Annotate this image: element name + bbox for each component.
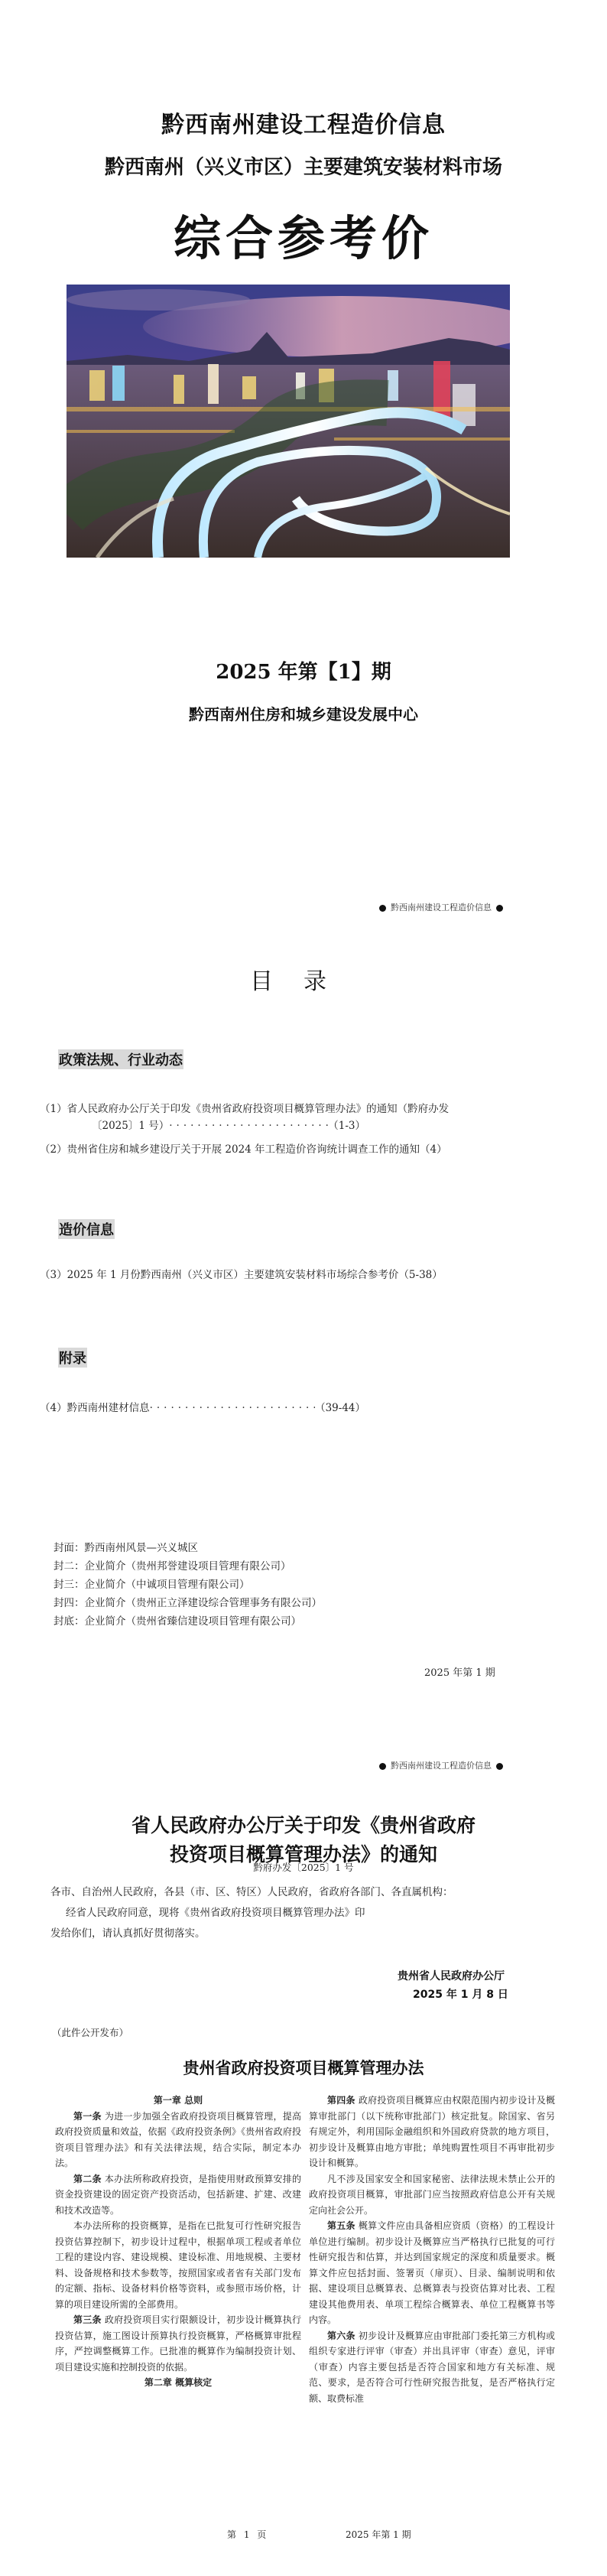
footer-issue: 2025 年第 1 期 [346,2528,411,2541]
toc-item-4[interactable]: （4）黔西南州建材信息 ····························… [40,1400,365,1416]
cover-note: 封三：企业简介（中诚项目管理有限公司） [54,1576,322,1594]
sign-date: 2025 年 1 月 8 日 [413,1986,508,2002]
footer-page-number: 第 1 页 [227,2528,268,2541]
cover-note: 封面：黔西南州风景—兴义城区 [54,1539,322,1557]
toc-item-2[interactable]: （2）贵州省住房和城乡建设厅关于开展 2024 年工程造价咨询统计调查工作的通知… [40,1141,365,1158]
signer: 贵州省人民政府办公厅 [398,1968,505,1983]
article-3: 第三条 政府投资项目实行限额设计，初步设计概算执行投资估算，施工图设计预算执行投… [55,2312,301,2375]
toc-page-ref: （39-44） [315,1400,365,1416]
running-header: 黔西南州建设工程造价信息 [375,901,508,913]
page-issue-label: 2025 年第 1 期 [424,1664,495,1679]
cover-issue-number: 2025 年第【1】期 [0,656,607,685]
toc-leader-dots: ········································… [169,1117,328,1134]
toc-item-3[interactable]: （3）2025 年 1 月份黔西南州（兴义市区）主要建筑安装材料市场综合参考价 … [40,1267,365,1283]
running-header: 黔西南州建设工程造价信息 [375,1759,508,1771]
article-4: 第四条 政府投资项目概算应由权限范围内初步设计及概算审批部门（以下统称审批部门）… [309,2093,555,2171]
toc-page-ref: （1-3） [328,1117,365,1134]
article-5: 第五条 概算文件应由具备相应资质（资格）的工程设计单位进行编制。初步设计及概算应… [309,2218,555,2328]
article-6: 第六条 初步设计及概算应由审批部门委托第三方机构或组织专家进行评审（审查）并出具… [309,2328,555,2407]
public-note: （此件公开发布） [52,2025,128,2039]
cover-note: 封四：企业简介（贵州正立泽建设综合管理事务有限公司） [54,1594,322,1612]
cover-organization: 黔西南州住房和城乡建设发展中心 [0,702,607,724]
regulation-title: 贵州省政府投资项目概算管理办法 [0,2056,607,2079]
covers-list: 封面：黔西南州风景—兴义城区 封二：企业简介（贵州邦誉建设项目管理有限公司） 封… [54,1539,322,1631]
bullet-icon [496,905,503,912]
toc-section-heading: 政策法规、行业动态 [58,1049,183,1069]
toc-section-heading: 附录 [58,1348,87,1368]
article-2: 第二条 本办法所称政府投资，是指使用财政预算安排的资金投资建设的固定资产投资活动… [55,2171,301,2219]
addressees: 各市、自治州人民政府，各县（市、区、特区）人民政府，省政府各部门、各直属机构： [50,1882,563,1903]
chapter-heading: 第一章 总则 [55,2093,301,2109]
notice-text: 经省人民政府同意，现将《贵州省政府投资项目概算管理办法》印发给你们，请认真抓好贯… [50,1903,372,1944]
bullet-icon [496,1763,503,1770]
notice-body: 各市、自治州人民政府，各县（市、区、特区）人民政府，省政府各部门、各直属机构： … [50,1882,563,1944]
article-2-para-2: 本办法所称的投资概算，是指在已批复可行性研究报告投资估算控制下，初步设计过程中，… [55,2218,301,2312]
toc-section-heading: 造价信息 [58,1219,115,1239]
cover-photo [67,285,510,558]
cover-title-line2: 黔西南州（兴义市区）主要建筑安装材料市场 [0,151,607,180]
toc-page-ref: （4） [420,1141,447,1158]
toc-item-1[interactable]: （1）省人民政府办公厅关于印发《贵州省政府投资项目概算管理办法》的通知（黔府办发… [40,1101,365,1134]
cover-title-line1: 黔西南州建设工程造价信息 [0,106,607,139]
column-right: 第四条 政府投资项目概算应由权限范围内初步设计及概算审批部门（以下统称审批部门）… [309,2093,555,2406]
cover-main-title: 综合参考价 [0,200,607,268]
article-1: 第一条 为进一步加强全省政府投资项目概算管理，提高政府投资质量和效益，依据《政府… [55,2109,301,2171]
toc-page-ref: （5-38） [398,1267,442,1283]
cover-note: 封二：企业简介（贵州邦誉建设项目管理有限公司） [54,1557,322,1576]
bullet-icon [379,905,386,912]
document-number: 黔府办发〔2025〕1 号 [0,1860,607,1874]
bullet-icon [379,1763,386,1770]
article-4-para-2: 凡不涉及国家安全和国家秘密、法律法规未禁止公开的政府投资项目概算，审批部门应当按… [309,2171,555,2219]
toc-title: 目录 [0,962,607,996]
chapter-heading: 第二章 概算核定 [55,2375,301,2391]
column-left: 第一章 总则 第一条 为进一步加强全省政府投资项目概算管理，提高政府投资质量和效… [55,2093,301,2391]
toc-leader-dots: ········································… [150,1400,315,1416]
cover-note: 封底：企业简介（贵州省臻信建设项目管理有限公司） [54,1612,322,1631]
